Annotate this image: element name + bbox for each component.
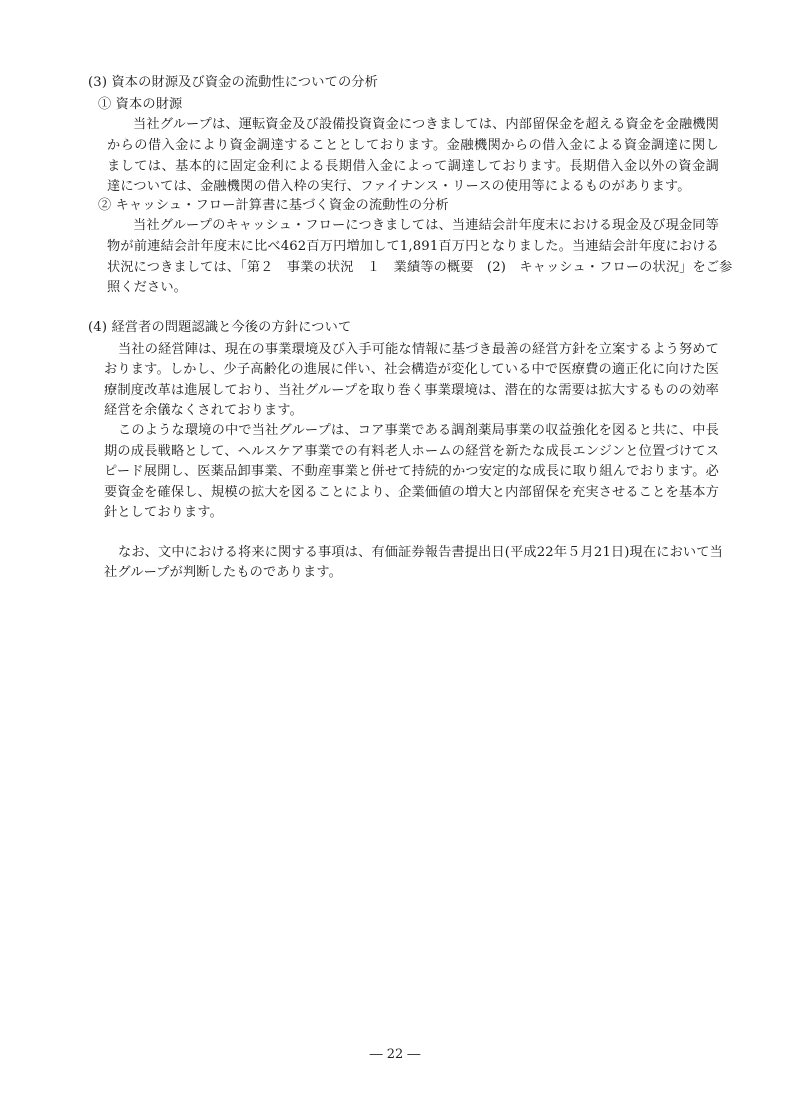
subsection-3-2-heading: ② キャッシュ・フロー計算書に基づく資金の流動性の分析 [98, 196, 449, 216]
text-line: 当社グループは、運転資金及び設備投資資金につきましては、内部留保金を超える資金を… [133, 115, 719, 135]
paragraph-line: おります。しかし、少子高齢化の進展に伴い、社会構造が変化している中で医療費の適正… [104, 360, 719, 380]
paragraph-line: からの借入金により資金調達することとしております。金融機関からの借入金による資金… [107, 136, 719, 156]
closing-note-line: 社グループが判断したものであります。 [104, 563, 342, 583]
paragraph-line: 療制度改革は進展しており、当社グループを取り巻く事業環境は、潜在的な需要は拡大す… [104, 381, 719, 401]
paragraph-line: ましては、基本的に固定金利による長期借入金によって調達しております。長期借入金以… [107, 157, 719, 177]
paragraph-line: ピード展開し、医薬品卸事業、不動産事業と併せて持続的かつ安定的な成長に取り組んで… [104, 462, 719, 482]
paragraph-line: 針としております。 [104, 503, 223, 523]
text-line: なお、文中における将来に関する事項は、有価証券報告書提出日(平成22年５月21日… [118, 543, 719, 563]
paragraph-line: 達については、金融機関の借入枠の実行、ファイナンス・リースの使用等によるものがあ… [107, 177, 691, 197]
paragraph-line: 経営を余儀なくされております。 [104, 401, 303, 421]
section-4-heading: (4) 経営者の問題認識と今後の方針について [88, 318, 351, 338]
paragraph-line: 当社グループは、運転資金及び設備投資資金につきましては、内部留保金を超える資金を… [133, 115, 719, 135]
closing-note-line: なお、文中における将来に関する事項は、有価証券報告書提出日(平成22年５月21日… [118, 543, 719, 563]
document-page: (3) 資本の財源及び資金の流動性についての分析 ① 資本の財源 当社グループは… [0, 0, 790, 1118]
text-line: 要資金を確保し、規模の拡大を図ることにより、企業価値の増大と内部留保を充実させる… [104, 483, 719, 503]
text-line: ましては、基本的に固定金利による長期借入金によって調達しております。長期借入金以… [107, 157, 719, 177]
text-line: 物が前連結会計年度末に比べ462百万円増加して1,891百万円となりました。当連… [107, 237, 719, 257]
paragraph-line: 状況につきましては、「第２ 事業の状況 １ 業績等の概要 (2) キャッシュ・フ… [107, 258, 719, 278]
section-3-heading: (3) 資本の財源及び資金の流動性についての分析 [88, 73, 378, 93]
subsection-3-1-heading: ① 資本の財源 [98, 95, 182, 115]
paragraph-line: 期の成長戦略として、ヘルスケア事業での有料老人ホームの経営を新たな成長エンジンと… [104, 442, 719, 462]
text-line: 期の成長戦略として、ヘルスケア事業での有料老人ホームの経営を新たな成長エンジンと… [104, 442, 719, 462]
paragraph-line: 当社の経営陣は、現在の事業環境及び入手可能な情報に基づき最善の経営方針を立案する… [118, 340, 719, 360]
page-number: ― 22 ― [0, 1046, 790, 1064]
text-line: からの借入金により資金調達することとしております。金融機関からの借入金による資金… [107, 136, 719, 156]
text-line: このような環境の中で当社グループは、コア事業である調剤薬局事業の収益強化を図ると… [118, 421, 719, 441]
text-line: ピード展開し、医薬品卸事業、不動産事業と併せて持続的かつ安定的な成長に取り組んで… [104, 462, 719, 482]
text-line: 状況につきましては、「第２ 事業の状況 １ 業績等の概要 (2) キャッシュ・フ… [107, 258, 719, 278]
text-line: 当社の経営陣は、現在の事業環境及び入手可能な情報に基づき最善の経営方針を立案する… [118, 340, 719, 360]
text-line: 療制度改革は進展しており、当社グループを取り巻く事業環境は、潜在的な需要は拡大す… [104, 381, 719, 401]
text-line: おります。しかし、少子高齢化の進展に伴い、社会構造が変化している中で医療費の適正… [104, 360, 719, 380]
text-line: 当社グループのキャッシュ・フローにつきましては、当連結会計年度末における現金及び… [133, 216, 719, 236]
paragraph-line: 要資金を確保し、規模の拡大を図ることにより、企業価値の増大と内部留保を充実させる… [104, 483, 719, 503]
paragraph-line: 当社グループのキャッシュ・フローにつきましては、当連結会計年度末における現金及び… [133, 216, 719, 236]
paragraph-line: 物が前連結会計年度末に比べ462百万円増加して1,891百万円となりました。当連… [107, 237, 719, 257]
paragraph-line: このような環境の中で当社グループは、コア事業である調剤薬局事業の収益強化を図ると… [118, 421, 719, 441]
paragraph-line: 照ください。 [107, 278, 187, 298]
